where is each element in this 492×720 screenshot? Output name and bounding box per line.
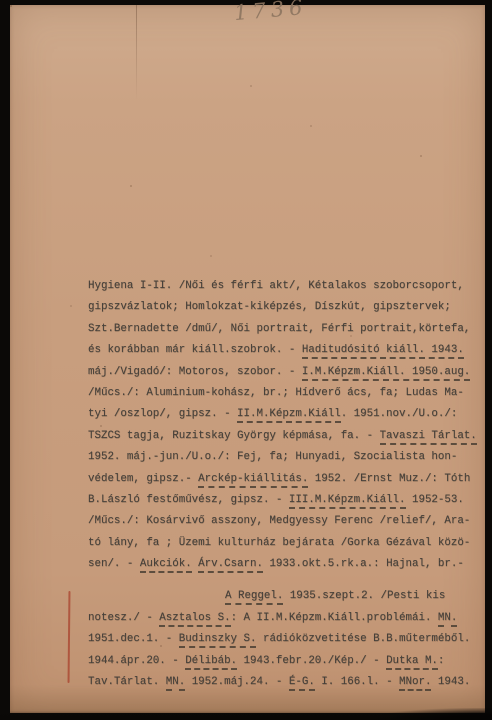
text-segment: rádióközvetitése B.B.műterméből.: [256, 633, 470, 645]
text-segment: Tav.Tárlat.: [88, 676, 166, 688]
underlined-text: MN.: [166, 676, 185, 691]
text-segment: és korábban már kiáll.szobrok. -: [88, 344, 302, 356]
text-segment: 1952.máj.24. -: [185, 676, 289, 688]
text-line: Szt.Bernadette /dmű/, Női portrait, Férf…: [88, 319, 472, 340]
paragraph: Hygiena I-II. /Női és férfi akt/, Kétala…: [88, 276, 472, 575]
text-segment: 1952. máj.-jun./U.o./: Fej, fa; Hunyadi,…: [88, 451, 457, 463]
scanned-document-page: { "page": { "handwritten_number": "1736"…: [0, 0, 492, 720]
text-segment: 1935.szept.2. /Pesti kis: [283, 590, 445, 602]
underlined-text: I.M.Képzm.Kiáll. 1950.aug.: [302, 366, 470, 381]
text-segment: I. 166.l. -: [315, 676, 399, 688]
underlined-text: Dutka M.: [386, 655, 438, 670]
text-line: tó lány, fa ; Üzemi kulturház bejárata /…: [88, 533, 472, 554]
underlined-text: Budinszky S.: [179, 633, 257, 648]
text-segment: notesz./ -: [88, 612, 159, 624]
text-segment: 1933.okt.5.rk.a.: Hajnal, br.-: [263, 558, 464, 570]
text-line: sen/. - Aukciók. Árv.Csarn. 1933.okt.5.r…: [88, 554, 472, 575]
text-line: TSZCS tagja, Ruzitskay György képmása, f…: [88, 426, 472, 447]
paper-crease: [136, 5, 137, 101]
text-line: Hygiena I-II. /Női és férfi akt/, Kétala…: [88, 276, 472, 297]
text-segment: : A II.M.Képzm.Kiáll.problémái.: [231, 612, 438, 624]
underlined-text: Délibáb.: [185, 655, 237, 670]
underlined-text: Arckép-kiállitás.: [198, 473, 308, 488]
underlined-text: É-G.: [289, 676, 315, 691]
text-line: A Reggel. 1935.szept.2. /Pesti kis: [88, 586, 472, 607]
paragraph: A Reggel. 1935.szept.2. /Pesti kisnotesz…: [88, 586, 472, 693]
text-line: máj./Vigadó/: Motoros, szobor. - I.M.Kép…: [88, 362, 472, 383]
text-segment: 1943.: [431, 676, 470, 688]
text-segment: Hygiena I-II. /Női és férfi akt/, Kétala…: [88, 280, 464, 292]
text-segment: 1944.ápr.20. -: [88, 655, 185, 667]
text-segment: 1952. /Ernst Muz./: Tóth: [308, 473, 470, 485]
text-segment: védelem, gipsz.-: [88, 473, 198, 485]
text-segment: B.László festőművész, gipsz. -: [88, 494, 289, 506]
typewritten-text: Hygiena I-II. /Női és férfi akt/, Kétala…: [88, 276, 472, 693]
text-segment: :: [438, 655, 444, 667]
text-line: és korábban már kiáll.szobrok. - Haditud…: [88, 340, 472, 361]
text-segment: TSZCS tagja, Ruzitskay György képmása, f…: [88, 430, 380, 442]
text-segment: /Műcs./: Aluminium-kohász, br.; Hídverő …: [88, 387, 464, 399]
underlined-text: Aukciók.: [140, 558, 192, 573]
text-segment: tó lány, fa ; Üzemi kulturház bejárata /…: [88, 537, 470, 549]
text-segment: 1952-53.: [406, 494, 464, 506]
text-segment: gipszvázlatok; Homlokzat-kiképzés, Díszk…: [88, 301, 451, 313]
scan-corner-shadow: [372, 708, 492, 720]
text-segment: 1943.febr.20./Kép./ -: [237, 655, 386, 667]
underlined-text: Tavaszi Tárlat.: [380, 430, 477, 445]
text-line: védelem, gipsz.- Arckép-kiállitás. 1952.…: [88, 469, 472, 490]
underlined-text: III.M.Képzm.Kiáll.: [289, 494, 406, 509]
underlined-text: MNor.: [399, 676, 431, 691]
text-segment: sen/. -: [88, 558, 140, 570]
underlined-text: A Reggel.: [225, 590, 283, 605]
text-line: Tav.Tárlat. MN. 1952.máj.24. - É-G. I. 1…: [88, 672, 472, 693]
underlined-text: Asztalos S.: [159, 612, 230, 627]
text-line: notesz./ - Asztalos S.: A II.M.Képzm.Kiá…: [88, 608, 472, 629]
text-segment: Szt.Bernadette /dmű/, Női portrait, Férf…: [88, 323, 470, 335]
text-segment: . 1951.nov./U.o./:: [341, 408, 458, 420]
text-segment: 1951.dec.1. -: [88, 633, 179, 645]
text-line: 1952. máj.-jun./U.o./: Fej, fa; Hunyadi,…: [88, 447, 472, 468]
text-segment: tyi /oszlop/, gipsz. -: [88, 408, 237, 420]
text-segment: /Műcs./: Kosárvivő asszony, Medgyessy Fe…: [88, 515, 470, 527]
text-line: 1944.ápr.20. - Délibáb. 1943.febr.20./Ké…: [88, 651, 472, 672]
paper-texture: [10, 5, 12, 7]
underlined-text: Haditudósitó kiáll. 1943.: [302, 344, 464, 359]
underlined-text: Árv.Csarn.: [198, 558, 263, 573]
text-line: B.László festőművész, gipsz. - III.M.Kép…: [88, 490, 472, 511]
text-segment: máj./Vigadó/: Motoros, szobor. -: [88, 366, 302, 378]
text-line: gipszvázlatok; Homlokzat-kiképzés, Díszk…: [88, 297, 472, 318]
text-line: tyi /oszlop/, gipsz. - II.M.Képzm.Kiáll.…: [88, 404, 472, 425]
text-line: 1951.dec.1. - Budinszky S. rádióközvetit…: [88, 629, 472, 650]
text-line: /Műcs./: Kosárvivő asszony, Medgyessy Fe…: [88, 511, 472, 532]
underlined-text: II.M.Képzm.Kiáll: [237, 408, 341, 423]
text-line: /Műcs./: Aluminium-kohász, br.; Hídverő …: [88, 383, 472, 404]
underlined-text: MN.: [438, 612, 457, 627]
